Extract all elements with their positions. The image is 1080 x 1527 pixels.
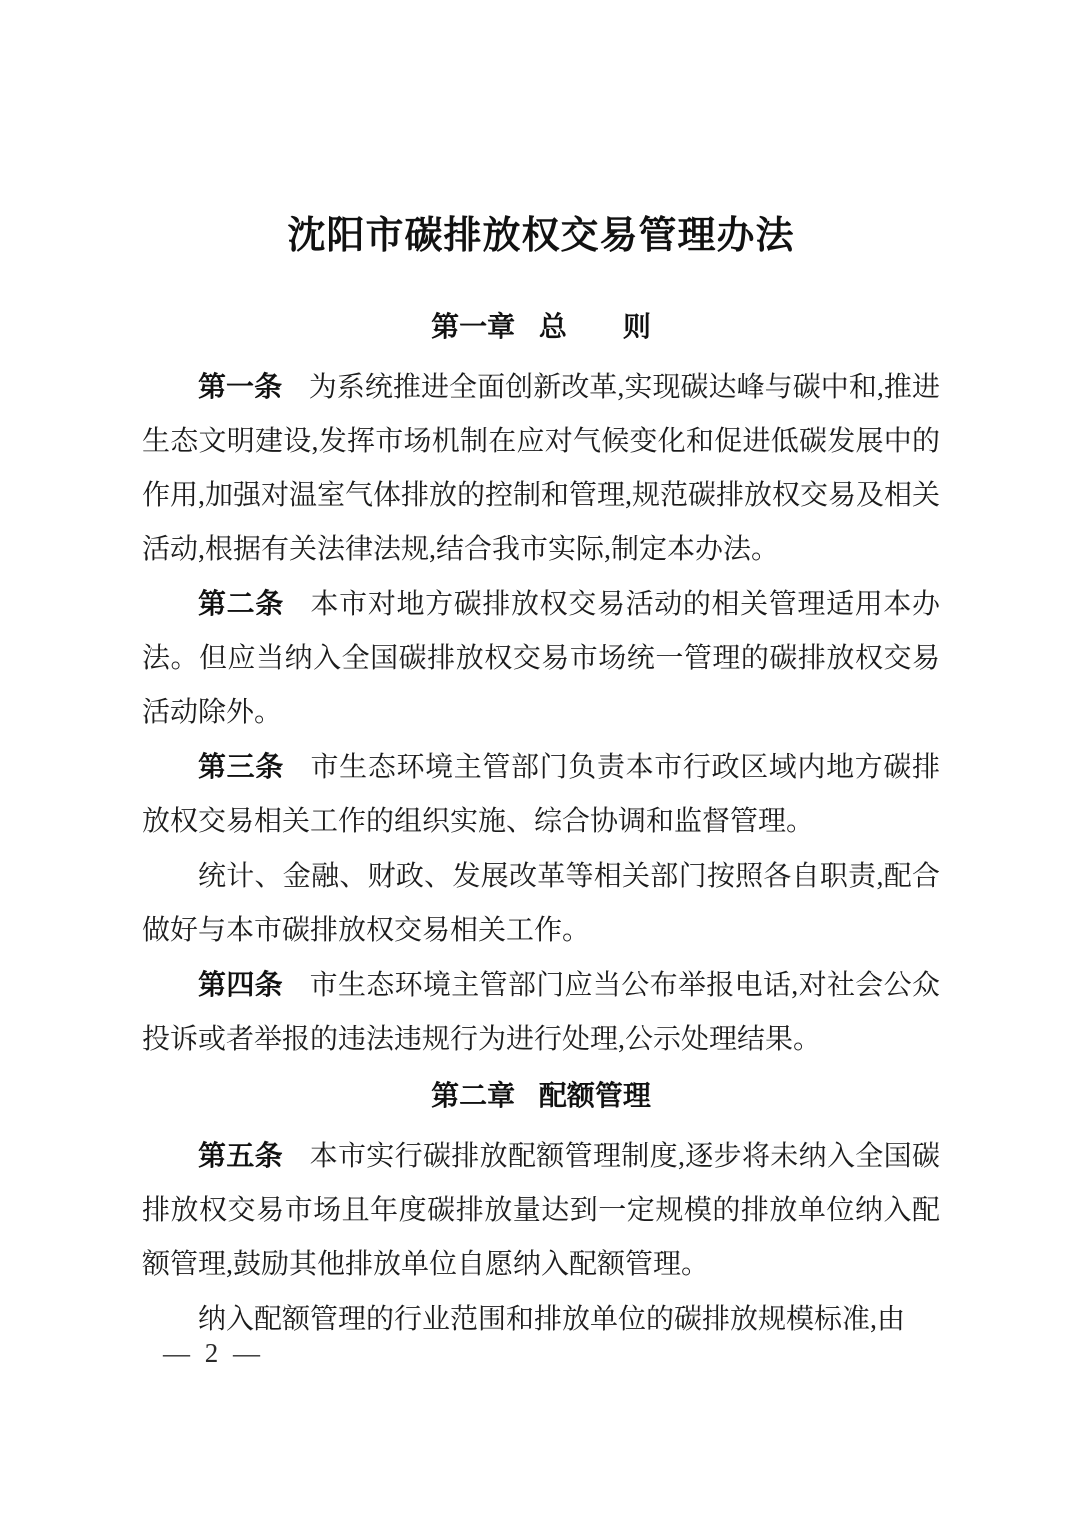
article-3-paragraph: 第三条市生态环境主管部门负责本市行政区域内地方碳排放权交易相关工作的组织实施、综… bbox=[142, 740, 940, 849]
article-2-number: 第二条 bbox=[198, 588, 284, 619]
article-3-number: 第三条 bbox=[198, 751, 284, 782]
article-2-paragraph: 第二条本市对地方碳排放权交易活动的相关管理适用本办法。但应当纳入全国碳排放权交易… bbox=[142, 577, 940, 740]
chapter-1-heading: 第一章总 则 bbox=[142, 300, 940, 354]
page-number: — 2 — bbox=[163, 1338, 264, 1368]
chapter-1-number: 第一章 bbox=[431, 311, 515, 342]
article-4-paragraph: 第四条市生态环境主管部门应当公布举报电话,对社会公众投诉或者举报的违法违规行为进… bbox=[142, 958, 940, 1067]
article-3-subparagraph: 统计、金融、财政、发展改革等相关部门按照各自职责,配合做好与本市碳排放权交易相关… bbox=[142, 849, 940, 958]
document-page: 沈阳市碳排放权交易管理办法 第一章总 则 第一条为系统推进全面创新改革,实现碳达… bbox=[0, 0, 1080, 1527]
article-3-sub-text: 统计、金融、财政、发展改革等相关部门按照各自职责,配合做好与本市碳排放权交易相关… bbox=[142, 861, 940, 946]
article-1-paragraph: 第一条为系统推进全面创新改革,实现碳达峰与碳中和,推进生态文明建设,发挥市场机制… bbox=[142, 360, 940, 577]
page-title: 沈阳市碳排放权交易管理办法 bbox=[142, 212, 940, 260]
article-1-number: 第一条 bbox=[198, 371, 282, 402]
article-5-number: 第五条 bbox=[198, 1140, 283, 1171]
chapter-2-number: 第二章 bbox=[431, 1080, 515, 1111]
chapter-2-title: 配额管理 bbox=[539, 1080, 651, 1111]
chapter-1-title: 总 则 bbox=[539, 311, 651, 342]
article-5-sub-text: 纳入配额管理的行业范围和排放单位的碳排放规模标准,由 bbox=[198, 1304, 905, 1335]
chapter-2-heading: 第二章配额管理 bbox=[142, 1069, 940, 1123]
article-4-number: 第四条 bbox=[198, 969, 283, 1000]
article-5-paragraph: 第五条本市实行碳排放配额管理制度,逐步将未纳入全国碳排放权交易市场且年度碳排放量… bbox=[142, 1129, 940, 1292]
